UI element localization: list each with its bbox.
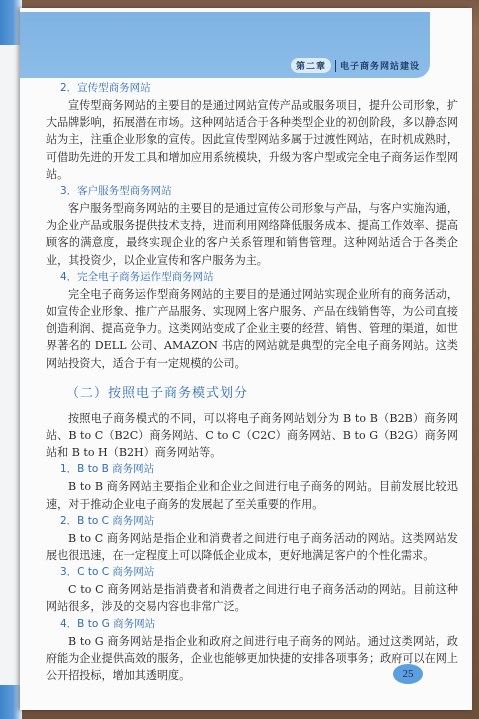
book-page: 第二章 电子商务网站建设 2．宣传型商务网站 宣传型商务网站的主要目的是通过网站… (20, 8, 472, 710)
subsection-heading: 2．宣传型商务网站 (46, 80, 458, 97)
subsection-heading: 3．客户服务型商务网站 (46, 183, 458, 200)
subsection-heading: 4．完全电子商务运作型商务网站 (46, 269, 458, 286)
chapter-label: 第二章 (291, 58, 331, 73)
paragraph: 完全电子商务运作型商务网站的主要目的是通过网站实现企业所有的商务活动，如宣传企业… (46, 286, 458, 372)
header-divider (335, 60, 336, 72)
adjacent-book-cover (0, 0, 22, 719)
adjacent-page-edge (0, 45, 22, 685)
subsection-full-ecommerce: 4．完全电子商务运作型商务网站 完全电子商务运作型商务网站的主要目的是通过网站实… (46, 269, 458, 372)
paragraph: B to C 商务网站是指企业和消费者之间进行电子商务活动的网站。这类网站发展也… (46, 530, 458, 564)
paragraph: 客户服务型商务网站的主要目的是通过宣传公司形象与产品，与客户实施沟通，为企业产品… (46, 200, 458, 269)
subsection-heading: 4．B to G 商务网站 (46, 616, 458, 633)
section-title: （二）按照电子商务模式划分 (46, 384, 458, 404)
subsection-heading: 2．B to C 商务网站 (46, 513, 458, 530)
subsection-b2b: 1．B to B 商务网站 B to B 商务网站主要指企业和企业之间进行电子商… (46, 461, 458, 512)
subsection-b2c: 2．B to C 商务网站 B to C 商务网站是指企业和消费者之间进行电子商… (46, 513, 458, 564)
paragraph: B to B 商务网站主要指企业和企业之间进行电子商务的网站。目前发展比较迅速，… (46, 478, 458, 512)
subsection-promotional: 2．宣传型商务网站 宣传型商务网站的主要目的是通过网站宣传产品或服务项目，提升公… (46, 80, 458, 183)
chapter-title: 电子商务网站建设 (340, 59, 420, 72)
subsection-customer-service: 3．客户服务型商务网站 客户服务型商务网站的主要目的是通过宣传公司形象与产品，与… (46, 183, 458, 269)
page-content: 2．宣传型商务网站 宣传型商务网站的主要目的是通过网站宣传产品或服务项目，提升公… (46, 80, 458, 684)
subsection-c2c: 3．C to C 商务网站 C to C 商务网站是指消费者和消费者之间进行电子… (46, 564, 458, 615)
paragraph: 宣传型商务网站的主要目的是通过网站宣传产品或服务项目，提升公司形象，扩大品牌影响… (46, 97, 458, 183)
paragraph: C to C 商务网站是指消费者和消费者之间进行电子商务活动的网站。目前这种网站… (46, 581, 458, 615)
page-number-badge: 25 (393, 664, 423, 684)
running-header: 第二章 电子商务网站建设 (291, 58, 420, 73)
subsection-heading: 3．C to C 商务网站 (46, 564, 458, 581)
subsection-heading: 1．B to B 商务网站 (46, 461, 458, 478)
section-intro: 按照电子商务模式的不同，可以将电子商务网站划分为 B to B（B2B）商务网站… (46, 410, 458, 462)
